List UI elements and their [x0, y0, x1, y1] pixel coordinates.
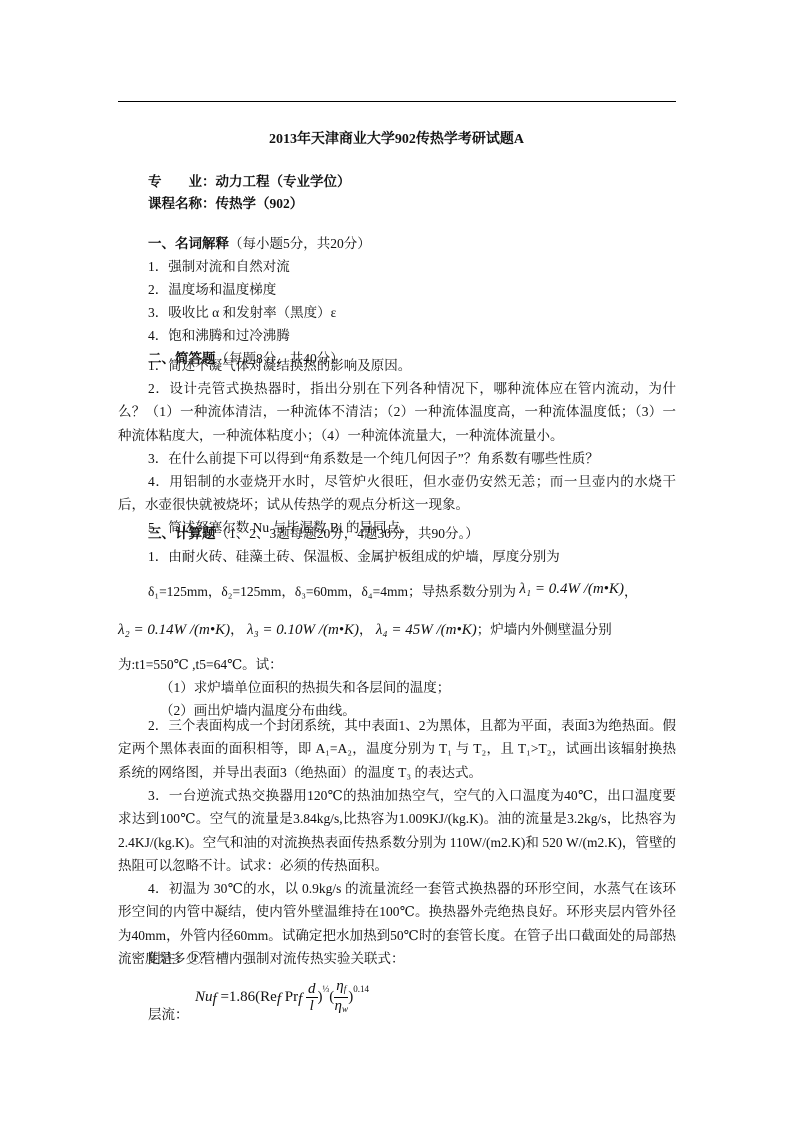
top-rule	[118, 101, 676, 102]
major-line: 专 业：动力工程（专业学位）	[148, 170, 351, 190]
q1-intro: 1．由耐火砖、硅藻土砖、保温板、金属护板组成的炉墙，厚度分别为	[148, 545, 560, 565]
section3-title: 三、计算题	[148, 526, 216, 541]
q3: 3．一台逆流式热交换器用120℃的热油加热空气，空气的入口温度为40℃，出口温度…	[118, 784, 676, 877]
section1-item: 4．饱和沸腾和过冷沸腾	[148, 324, 290, 344]
q1-lambda3: λ₃ = 0.10W /(m•K)	[247, 622, 359, 638]
section1-title: 一、名词解释	[148, 236, 229, 251]
course-label: 课程名称：	[148, 196, 216, 211]
formula-eq: =1.86(Re	[220, 989, 276, 1005]
formula-frac-dl: dl	[306, 981, 318, 1014]
laminar-formula: Nuf =1.86(Ref Prf dl)⅓(ηfηw)0.14	[195, 978, 369, 1017]
q1-lambda4: λ₄ = 45W /(m•K)	[376, 622, 477, 638]
q1-lambda1: λ₁ = 0.4W /(m•K)	[519, 581, 624, 597]
section3-heading: 三、计算题（1、2、3题每题20分，4题30分，共90分。）	[148, 522, 479, 542]
q1-sub1: （1）求炉墙单位面积的热损失和各层间的温度；	[160, 676, 450, 696]
section2-item-2: 2．设计壳管式换热器时，指出分别在下列各种情况下，哪种流体应在管内流动，为什么？…	[118, 377, 676, 447]
frac-l: l	[306, 998, 318, 1014]
course-value: 传热学（902）	[216, 196, 304, 211]
q1-temps: 为:t1=550℃ ,t5=64℃。试：	[118, 653, 283, 673]
section2-item-1: 1．简述不凝气体对凝结换热的影响及原因。	[118, 354, 676, 377]
section3-score: （1、2、3题每题20分，4题30分，共90分。）	[216, 526, 479, 541]
q1-wall-text: ；炉墙内外侧壁温分别	[477, 622, 612, 637]
formula-frac-eta: ηfηw	[334, 978, 348, 1017]
section1-item: 3．吸收比 α 和发射率（黑度）ε	[148, 301, 336, 321]
eta-f: η	[336, 978, 343, 994]
formula-lhs: Nu	[195, 989, 213, 1005]
laminar-label: 层流：	[148, 1003, 189, 1023]
formula-pr: Pr	[285, 989, 298, 1005]
q1-deltas: δ₁=125mm，δ₂=125mm，δ₃=60mm，δ₄=4mm；导热系数分别为	[148, 584, 516, 599]
q1-lambda2: λ₂ = 0.14W /(m•K)	[118, 622, 230, 638]
page-title: 2013年天津商业大学902传热学考研试题A	[0, 128, 793, 148]
section1-item: 2．温度场和温度梯度	[148, 278, 276, 298]
section1-heading: 一、名词解释（每小题5分，共20分）	[148, 232, 371, 252]
major-label: 专 业：	[148, 174, 216, 189]
eta-w: η	[335, 998, 342, 1014]
section2-item-4: 4．用铝制的水壶烧开水时，尽管炉火很旺，但水壶仍安然无恙；而一旦壶内的水烧干后，…	[118, 470, 676, 517]
eta-f-sub: f	[344, 984, 347, 994]
formula-exp2: 0.14	[353, 984, 369, 994]
q2: 2．三个表面构成一个封闭系统，其中表面1、2为黑体，且都为平面，表面3为绝热面。…	[118, 714, 676, 784]
note: 附注：①管槽内强制对流传热实验关联式：	[148, 947, 405, 967]
major-value: 动力工程（专业学位）	[216, 174, 351, 189]
eta-w-sub: w	[342, 1004, 348, 1014]
section1-score: （每小题5分，共20分）	[229, 236, 371, 251]
section2-item-3: 3．在什么前提下可以得到“角系数是一个纯几何因子”？角系数有哪些性质？	[118, 447, 676, 470]
section1-item: 1．强制对流和自然对流	[148, 255, 290, 275]
course-line: 课程名称：传热学（902）	[148, 192, 303, 212]
q1-lambdas-line: λ₂ = 0.14W /(m•K)， λ₃ = 0.10W /(m•K)， λ₄…	[118, 618, 612, 639]
formula-pr-sub: f	[298, 991, 302, 1007]
formula-lhs-sub: f	[213, 991, 217, 1007]
q1-deltas-line: δ₁=125mm，δ₂=125mm，δ₃=60mm，δ₄=4mm；导热系数分别为…	[148, 580, 637, 601]
frac-d: d	[306, 981, 318, 998]
formula-re-sub: f	[277, 991, 281, 1007]
